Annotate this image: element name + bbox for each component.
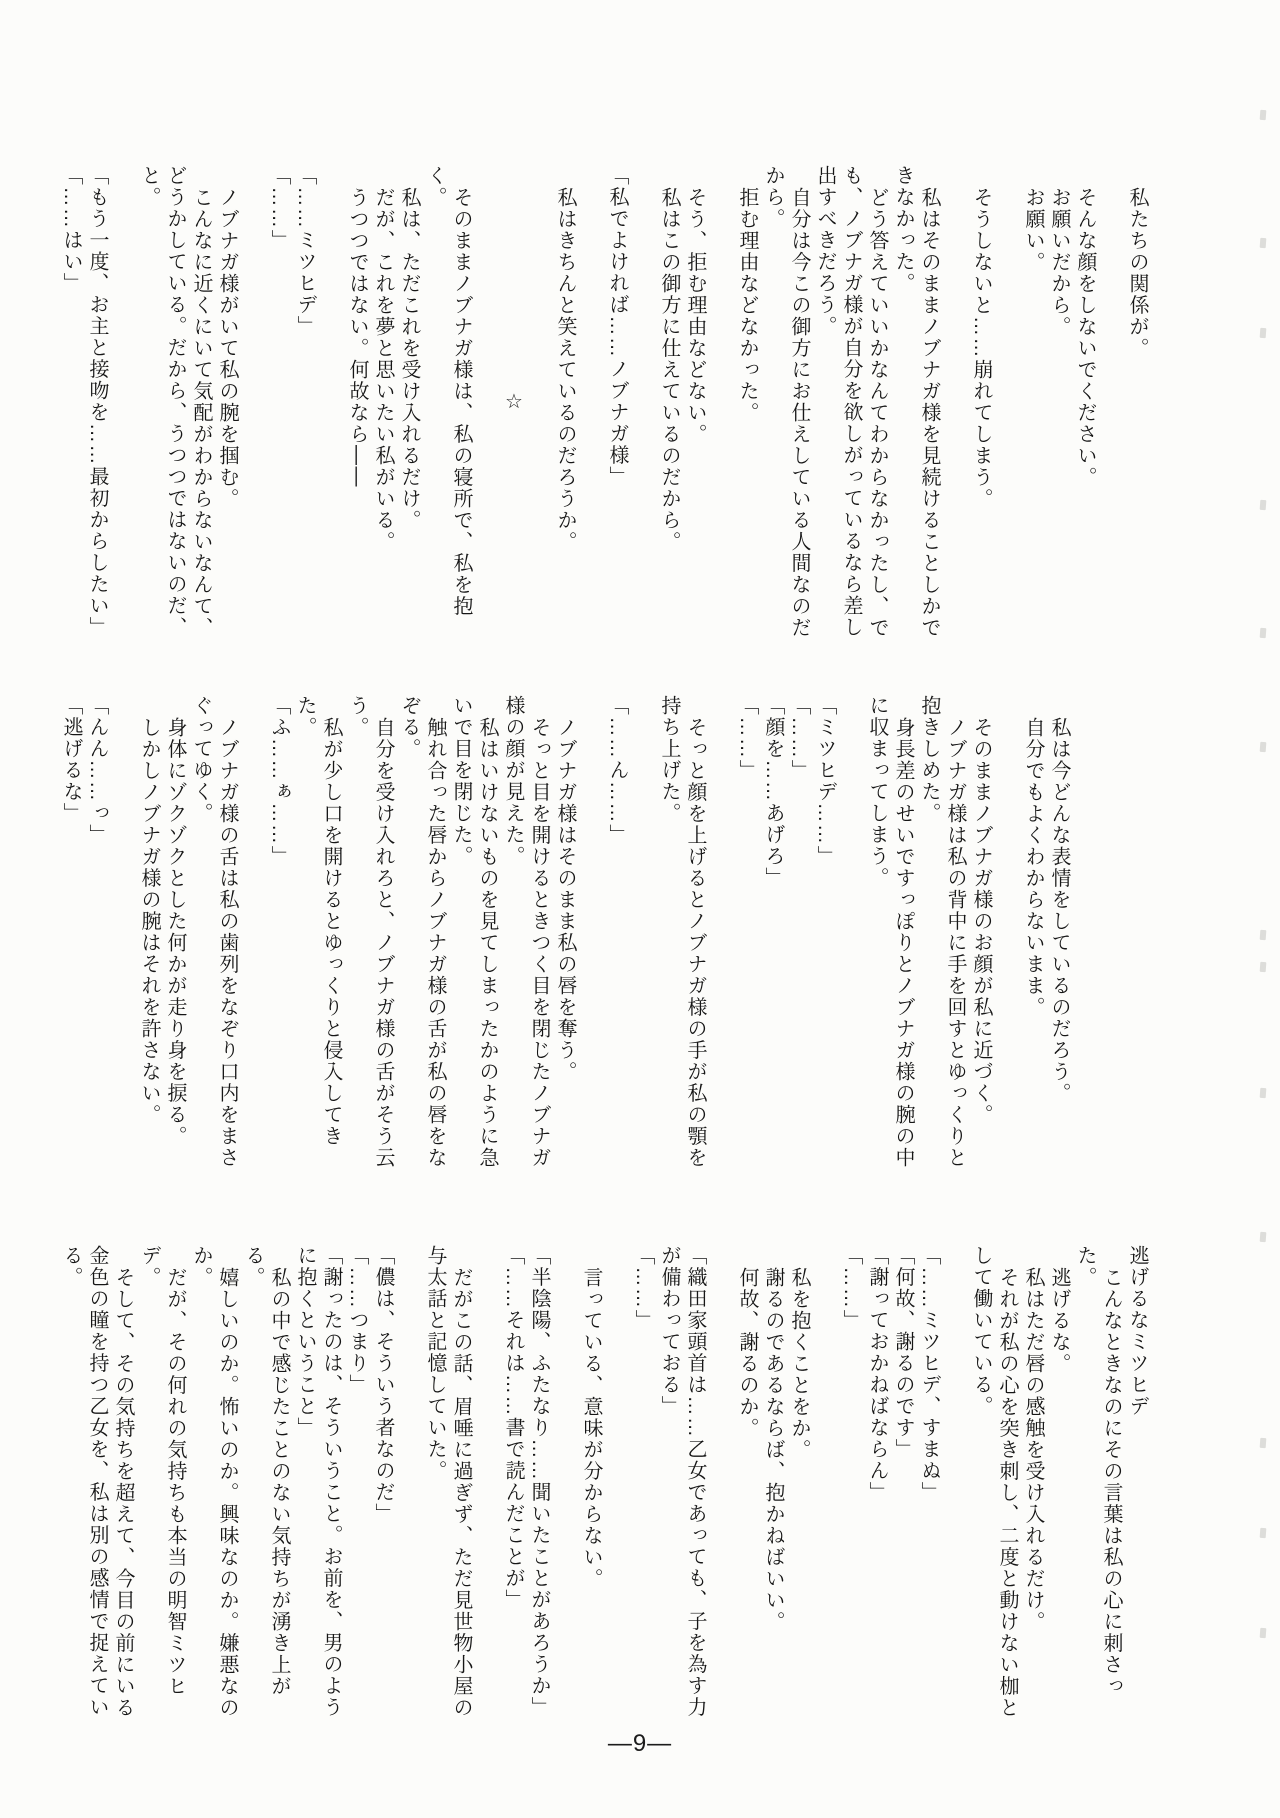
text-block-top: 私たちの関係が。 そんな顔をしないでください。お願いだから。お願い。 そうしない… bbox=[58, 165, 1150, 639]
scan-artifact-mark bbox=[1260, 500, 1267, 510]
line-gap bbox=[708, 165, 734, 639]
narration-line: そんな顔をしないでください。 bbox=[1072, 165, 1098, 639]
narration-line: 自分でもよくわからないまま。 bbox=[1020, 695, 1046, 1169]
dialogue-line: 「もう一度、お主と接吻を……最初からしたい」 bbox=[84, 165, 110, 639]
narration-line: うつつではない。何故なら―― bbox=[344, 165, 370, 639]
narration-line: ノブナガ様の舌は私の歯列をなぞり口内をまさぐってゆく。 bbox=[188, 695, 240, 1169]
dialogue-line: 「半陰陽、ふたなり……聞いたことがあろうか」 bbox=[526, 1245, 552, 1719]
narration-line: 身長差のせいですっぽりとノブナガ様の腕の中に収まってしまう。 bbox=[864, 695, 916, 1169]
dialogue-line: 逃げるなミツヒデ bbox=[1124, 1245, 1150, 1719]
scan-artifact-mark bbox=[1260, 328, 1267, 338]
dialogue-line: 「……」 bbox=[838, 1245, 864, 1719]
dialogue-line: 「……ミツヒデ、すまぬ」 bbox=[916, 1245, 942, 1719]
line-gap bbox=[838, 695, 864, 1169]
line-gap bbox=[396, 1245, 422, 1719]
scanned-novel-page: 私たちの関係が。 そんな顔をしないでください。お願いだから。お願い。 そうしない… bbox=[0, 0, 1280, 1818]
narration-line: 私はそのままノブナガ様を見続けることしかできなかった。 bbox=[890, 165, 942, 639]
narration-line: ノブナガ様はそのまま私の唇を奪う。 bbox=[552, 695, 578, 1169]
narration-line: そう、拒む理由などない。 bbox=[682, 165, 708, 639]
text-block-bottom: 逃げるなミツヒデこんなときなのにその言葉は私の心に刺さった。逃げるな。私はただ唇… bbox=[58, 1245, 1150, 1719]
narration-line: しかしノブナガ様の腕はそれを許さない。 bbox=[136, 695, 162, 1169]
narration-line: そして、その気持ちを超えて、今目の前にいる金色の瞳を持つ乙女を、私は別の感情で捉… bbox=[58, 1245, 136, 1719]
dialogue-line: 「……」 bbox=[786, 695, 812, 1169]
narration-line: 私はいけないものを見てしまったかのように急いで目を閉じた。 bbox=[448, 695, 500, 1169]
narration-line: 私はこの御方に仕えているのだから。 bbox=[656, 165, 682, 639]
dialogue-line: 「……」 bbox=[266, 165, 292, 639]
narration-line: 何故、謝るのか。 bbox=[734, 1245, 760, 1719]
line-gap bbox=[474, 1245, 500, 1719]
narration-line: 私を抱くことをか。 bbox=[786, 1245, 812, 1719]
section-divider-star: ☆ bbox=[500, 165, 526, 639]
narration-line: 私たちの関係が。 bbox=[1124, 165, 1150, 639]
line-gap bbox=[240, 695, 266, 1169]
dialogue-line: 「謝っておかねばならん」 bbox=[864, 1245, 890, 1719]
scan-artifact-mark bbox=[1260, 1232, 1267, 1242]
scan-artifact-mark bbox=[1260, 238, 1267, 248]
line-gap bbox=[942, 165, 968, 639]
narration-line: 私はただ唇の感触を受け入れるだけ。 bbox=[1020, 1245, 1046, 1719]
line-gap bbox=[578, 165, 604, 639]
narration-line: お願いだから。 bbox=[1046, 165, 1072, 639]
dialogue-line: 「……はい」 bbox=[58, 165, 84, 639]
narration-line: お願い。 bbox=[1020, 165, 1046, 639]
narration-line: 謝るのであるならば、抱かねばいい。 bbox=[760, 1245, 786, 1719]
narration-line: だがこの話、眉唾に過ぎず、ただ見世物小屋の与太話と記憶していた。 bbox=[422, 1245, 474, 1719]
line-gap bbox=[318, 165, 344, 639]
scan-artifact-mark bbox=[1260, 742, 1267, 752]
narration-line: 自分は今この御方にお仕えしている人間なのだから。 bbox=[760, 165, 812, 639]
narration-line: そのままノブナガ様は、私の寝所で、私を抱く。 bbox=[422, 165, 474, 639]
line-gap bbox=[110, 165, 136, 639]
dialogue-line: 「……」 bbox=[734, 695, 760, 1169]
narration-line: 嬉しいのか。怖いのか。興味なのか。嫌悪なのか。 bbox=[188, 1245, 240, 1719]
narration-line: こんなときなのにその言葉は私の心に刺さった。 bbox=[1072, 1245, 1124, 1719]
scan-artifact-mark bbox=[1260, 1528, 1267, 1538]
line-gap bbox=[240, 165, 266, 639]
narration-line: こんなに近くにいて気配がわからないなんて、どうかしている。だから、うつつではない… bbox=[136, 165, 214, 639]
line-gap bbox=[604, 1245, 630, 1719]
scan-artifact-mark bbox=[1260, 110, 1267, 120]
vertical-text-area: 私たちの関係が。 そんな顔をしないでください。お願いだから。お願い。 そうしない… bbox=[58, 165, 1210, 1719]
dialogue-line: 「……ん……」 bbox=[604, 695, 630, 1169]
line-gap bbox=[630, 165, 656, 639]
text-block-middle: 私は今どんな表情をしているのだろう。自分でもよくわからないまま。 そのままノブナ… bbox=[58, 695, 1072, 1169]
narration-line: 拒む理由などなかった。 bbox=[734, 165, 760, 639]
line-gap bbox=[552, 1245, 578, 1719]
narration-line: ノブナガ様は私の背中に手を回すとゆっくりと抱きしめた。 bbox=[916, 695, 968, 1169]
dialogue-line: 「私でよければ……ノブナガ様」 bbox=[604, 165, 630, 639]
dialogue-line: 「……ミツヒデ」 bbox=[292, 165, 318, 639]
narration-line: だが、これを夢と思いたい私がいる。 bbox=[370, 165, 396, 639]
dialogue-line: 「ミツヒデ……」 bbox=[812, 695, 838, 1169]
line-gap bbox=[812, 1245, 838, 1719]
narration-line: 自分を受け入れろと、ノブナガ様の舌がそう云う。 bbox=[344, 695, 396, 1169]
scan-artifact-mark bbox=[1260, 1088, 1267, 1098]
narration-line: 私は、ただこれを受け入れるだけ。 bbox=[396, 165, 422, 639]
narration-line: 私の中で感じたことのない気持ちが湧き上がる。 bbox=[240, 1245, 292, 1719]
line-gap bbox=[708, 1245, 734, 1719]
narration-line: 触れ合った唇からノブナガ様の舌が私の唇をなぞる。 bbox=[396, 695, 448, 1169]
line-gap bbox=[1098, 165, 1124, 639]
dialogue-line: 「んん……っ」 bbox=[84, 695, 110, 1169]
dialogue-line: 「……つまり」 bbox=[344, 1245, 370, 1719]
narration-line: どう答えていいかなんてわからなかったし、でも、ノブナガ様が自分を欲しがっているな… bbox=[812, 165, 890, 639]
narration-line: 私はきちんと笑えているのだろうか。 bbox=[552, 165, 578, 639]
line-gap bbox=[994, 165, 1020, 639]
scan-artifact-mark bbox=[1260, 628, 1267, 638]
scan-artifact-mark bbox=[1260, 1628, 1267, 1638]
dialogue-line: 「何故、謝るのです」 bbox=[890, 1245, 916, 1719]
dialogue-line: 「……」 bbox=[630, 1245, 656, 1719]
line-gap bbox=[942, 1245, 968, 1719]
line-gap bbox=[526, 165, 552, 639]
line-gap bbox=[578, 695, 604, 1169]
page-number: ―9― bbox=[0, 1730, 1280, 1758]
narration-line: ノブナガ様がいて私の腕を掴む。 bbox=[214, 165, 240, 639]
line-gap bbox=[994, 695, 1020, 1169]
narration-line: そっと顔を上げるとノブナガ様の手が私の顎を持ち上げた。 bbox=[656, 695, 708, 1169]
narration-line: 身体にゾクゾクとした何かが走り身を捩る。 bbox=[162, 695, 188, 1169]
dialogue-line: 「織田家頭首は……乙女であっても、子を為す力が備わっておる」 bbox=[656, 1245, 708, 1719]
narration-line: それが私の心を突き刺し、二度と動けない枷として働いている。 bbox=[968, 1245, 1020, 1719]
narration-line: 私は今どんな表情をしているのだろう。 bbox=[1046, 695, 1072, 1169]
dialogue-line: 「……それは……書で読んだことが」 bbox=[500, 1245, 526, 1719]
narration-line: そうしないと……崩れてしまう。 bbox=[968, 165, 994, 639]
narration-line: そっと目を開けるときつく目を閉じたノブナガ様の顔が見えた。 bbox=[500, 695, 552, 1169]
narration-line: 私が少し口を開けるとゆっくりと侵入してきた。 bbox=[292, 695, 344, 1169]
dialogue-line: 「顔を……あげろ」 bbox=[760, 695, 786, 1169]
narration-line: そのままノブナガ様のお顔が私に近づく。 bbox=[968, 695, 994, 1169]
scan-artifact-mark bbox=[1260, 930, 1267, 940]
scan-artifact-mark bbox=[1260, 962, 1267, 972]
dialogue-line: 「ふ……ぁ……」 bbox=[266, 695, 292, 1169]
line-gap bbox=[708, 695, 734, 1169]
narration-line: 言っている、意味が分からない。 bbox=[578, 1245, 604, 1719]
line-gap bbox=[110, 695, 136, 1169]
line-gap bbox=[474, 165, 500, 639]
line-gap bbox=[630, 695, 656, 1169]
dialogue-line: 「儂は、そういう者なのだ」 bbox=[370, 1245, 396, 1719]
scan-artifact-mark bbox=[1260, 1438, 1267, 1448]
dialogue-line: 「逃げるな」 bbox=[58, 695, 84, 1169]
narration-line: だが、その何れの気持ちも本当の明智ミツヒデ。 bbox=[136, 1245, 188, 1719]
narration-line: 逃げるな。 bbox=[1046, 1245, 1072, 1719]
dialogue-line: 「謝ったのは、そういうこと。お前を、男のように抱くということ」 bbox=[292, 1245, 344, 1719]
